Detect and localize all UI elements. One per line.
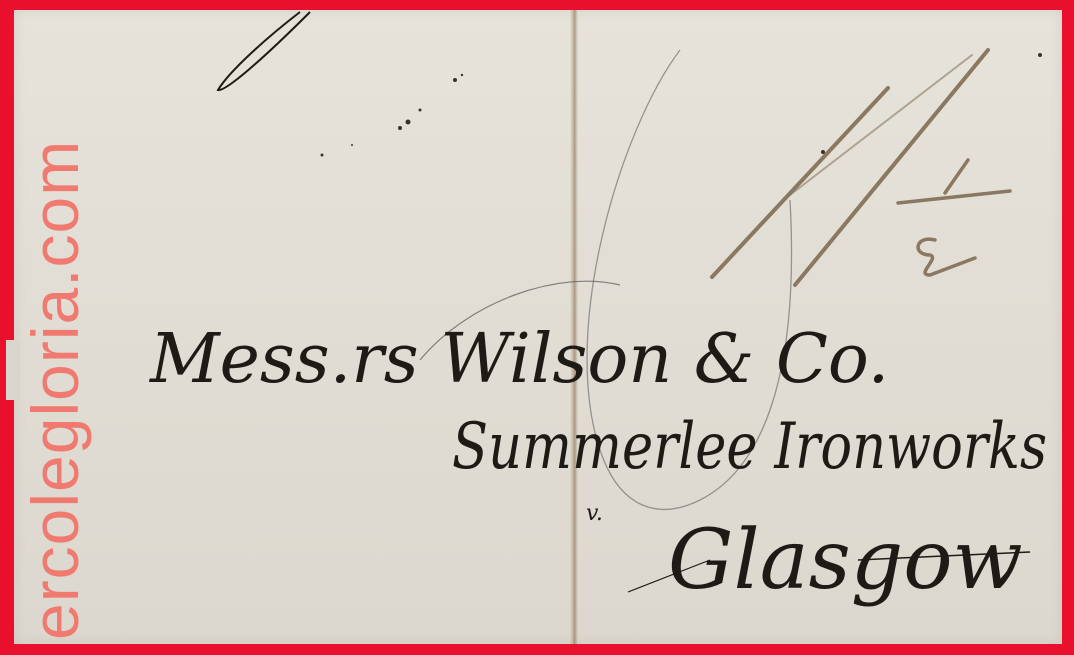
watermark-text: ercolegloria.com: [22, 140, 88, 640]
address-block: Mess.rs Wilson & Co. Summerlee Ironworks…: [0, 0, 1074, 655]
address-line-2: Summerlee Ironworks: [452, 410, 1047, 484]
address-line-1: Mess.rs Wilson & Co.: [148, 320, 889, 399]
via-mark: v.: [586, 501, 603, 526]
address-line-3: Glasgow: [668, 513, 1023, 608]
